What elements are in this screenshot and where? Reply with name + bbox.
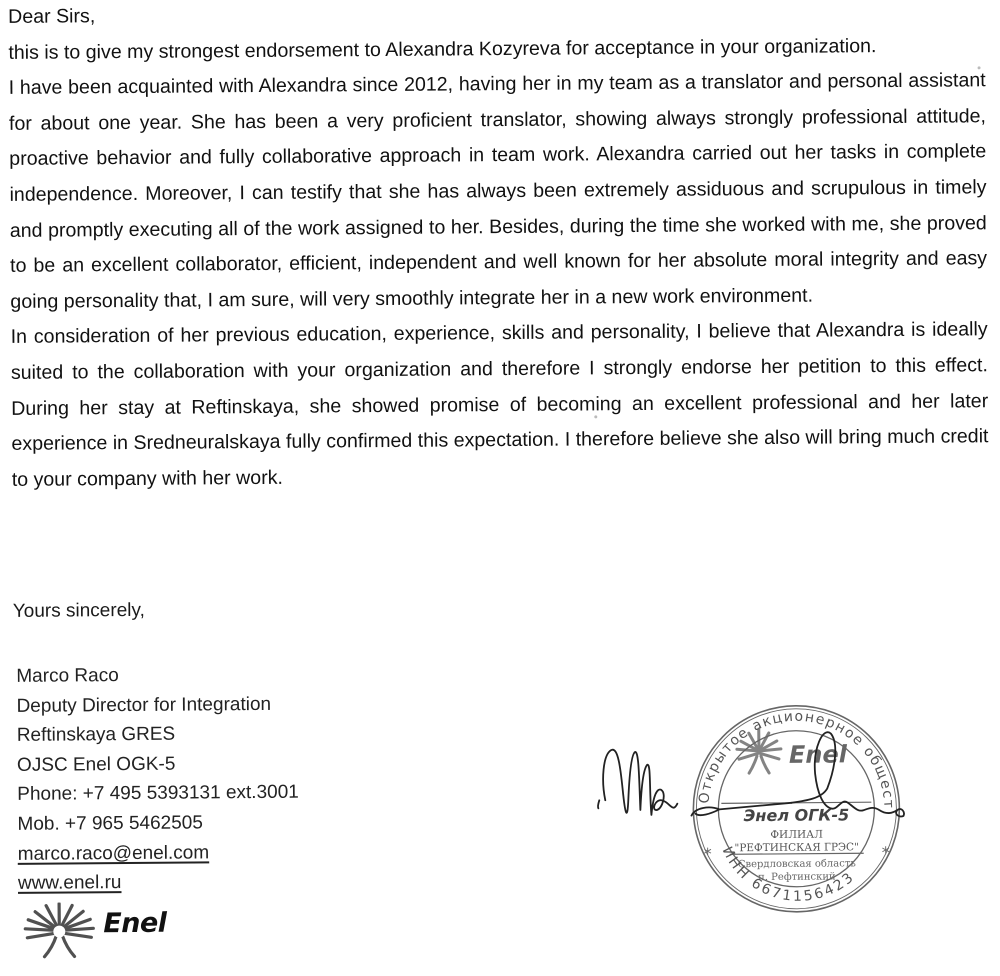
signer-company: OJSC Enel OGK-5 bbox=[17, 748, 299, 780]
email-link[interactable]: marco.raco@enel.com bbox=[18, 842, 210, 865]
signer-title: Deputy Director for Integration bbox=[16, 689, 298, 721]
signer-name: Marco Raco bbox=[16, 660, 298, 692]
stamp-branch-label: ФИЛИАЛ bbox=[770, 829, 823, 841]
stamp-region: Свердловская область bbox=[738, 858, 857, 870]
enel-sunburst-icon bbox=[19, 902, 99, 963]
closing: Yours sincerely, bbox=[13, 599, 145, 624]
scan-speck bbox=[978, 66, 981, 69]
enel-logo: Enel bbox=[19, 902, 159, 963]
svg-text:*: * bbox=[882, 843, 890, 862]
company-stamp: Открытое акционерное общество "Энел ОГК-… bbox=[591, 697, 973, 930]
paragraph-recommendation: In consideration of her previous educati… bbox=[11, 313, 989, 499]
signer-mobile: Mob. +7 965 5462505 bbox=[17, 808, 299, 840]
enel-wordmark: Enel bbox=[103, 908, 166, 939]
stamp-seal-icon: Открытое акционерное общество "Энел ОГК-… bbox=[591, 697, 973, 930]
signer-phone: Phone: +7 495 5393131 ext.3001 bbox=[17, 778, 299, 810]
letter-body: Dear Sirs, this is to give my strongest … bbox=[8, 0, 989, 498]
signature-block: Marco Raco Deputy Director for Integrati… bbox=[16, 660, 299, 899]
signer-organization: Reftinskaya GRES bbox=[17, 719, 299, 751]
website-link[interactable]: www.enel.ru bbox=[18, 872, 122, 894]
letter-page: Dear Sirs, this is to give my strongest … bbox=[0, 0, 1000, 976]
stamp-branch-name: "РЕФТИНСКАЯ ГРЭС" bbox=[734, 841, 859, 854]
stamp-settlement: п. Рефтинский bbox=[758, 871, 836, 883]
scan-speck bbox=[594, 415, 597, 418]
svg-text:*: * bbox=[704, 844, 712, 863]
paragraph-experience: I have been acquainted with Alexandra si… bbox=[9, 63, 988, 320]
